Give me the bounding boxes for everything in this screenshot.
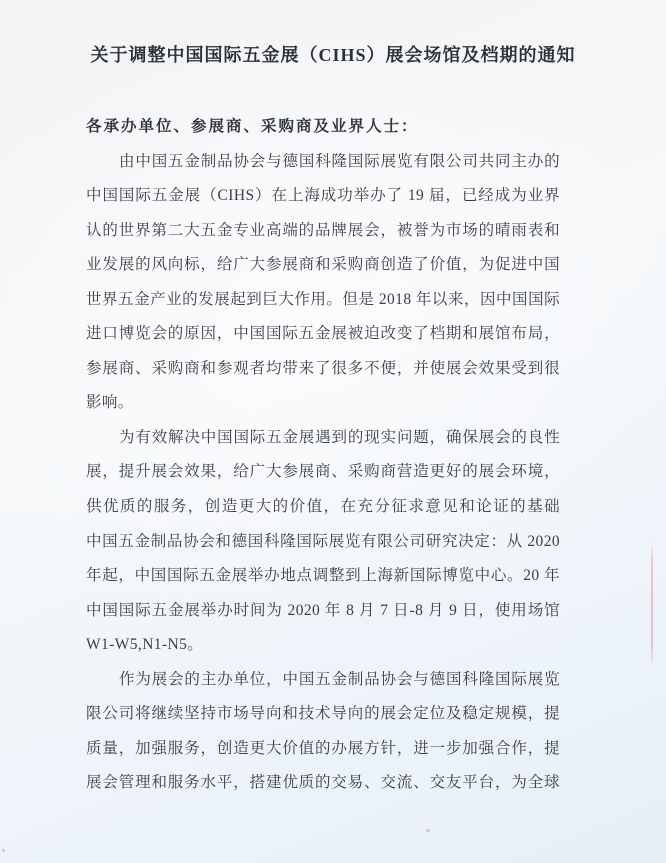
- doc-line: 参展商、采购商和参观者均带来了很多不便，并使展会效果受到很大: [86, 352, 560, 387]
- doc-line: 认的世界第二大五金专业高端的品牌展会，被誉为市场的晴雨表和行: [86, 214, 560, 249]
- scan-artifact-red-line: [651, 542, 653, 668]
- paragraph: 由中国五金制品协会与德国科隆国际展览有限公司共同主办的 中国国际五金展（CIHS…: [86, 145, 560, 421]
- doc-line: 中国国际五金展（CIHS）在上海成功举办了 19 届，已经成为业界公: [86, 179, 560, 214]
- doc-line: 业发展的风向标，给广大参展商和采购商创造了价值，为促进中国及: [86, 248, 560, 283]
- doc-line: W1-W5,N1-N5。: [86, 628, 560, 663]
- paragraph: 为有效解决中国国际五金展遇到的现实问题，确保展会的良性发 展，提升展会效果，给广…: [86, 421, 560, 663]
- doc-line: 影响。: [86, 386, 560, 421]
- doc-line: 供优质的服务，创造更大的价值，在充分征求意见和论证的基础上，: [86, 490, 560, 525]
- doc-line: 展会管理和服务水平，搭建优质的交易、交流、交友平台，为全球五: [86, 766, 560, 801]
- document-body: 各承办单位、参展商、采购商及业界人士： 由中国五金制品协会与德国科隆国际展览有限…: [86, 110, 560, 801]
- doc-line: 中国五金制品协会和德国科隆国际展览有限公司研究决定：从 2020: [86, 525, 560, 560]
- scan-artifact-speck: [2, 849, 5, 852]
- doc-line: 世界五金产业的发展起到巨大作用。但是 2018 年以来，因中国国际: [86, 283, 560, 318]
- salutation-line: 各承办单位、参展商、采购商及业界人士：: [86, 110, 560, 145]
- doc-line: 由中国五金制品协会与德国科隆国际展览有限公司共同主办的: [86, 145, 560, 180]
- document-page: 关于调整中国国际五金展（CIHS）展会场馆及档期的通知 各承办单位、参展商、采购…: [0, 0, 666, 863]
- doc-line: 质量，加强服务，创造更大价值的办展方针，进一步加强合作，提升: [86, 732, 560, 767]
- doc-line: 作为展会的主办单位，中国五金制品协会与德国科隆国际展览有: [86, 663, 560, 698]
- doc-line: 为有效解决中国国际五金展遇到的现实问题，确保展会的良性发: [86, 421, 560, 456]
- doc-line: 年起，中国国际五金展举办地点调整到上海新国际博览中心。20 年: [86, 559, 560, 594]
- scan-artifact-speck: [426, 829, 430, 832]
- document-title: 关于调整中国国际五金展（CIHS）展会场馆及档期的通知: [0, 41, 666, 67]
- doc-line: 限公司将继续坚持市场导向和技术导向的展会定位及稳定规模，提高: [86, 697, 560, 732]
- doc-line: 中国国际五金展举办时间为 2020 年 8 月 7 日-8 月 9 日，使用场馆…: [86, 594, 560, 629]
- paragraph: 作为展会的主办单位，中国五金制品协会与德国科隆国际展览有 限公司将继续坚持市场导…: [86, 663, 560, 801]
- doc-line: 进口博览会的原因，中国国际五金展被迫改变了档期和展馆布局，给: [86, 317, 560, 352]
- doc-line: 展，提升展会效果，给广大参展商、采购商营造更好的展会环境，提: [86, 455, 560, 490]
